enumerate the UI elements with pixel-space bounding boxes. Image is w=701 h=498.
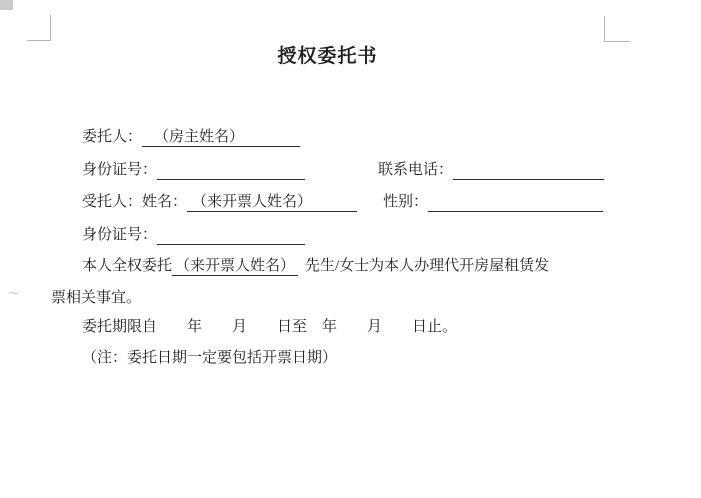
screen-corner-artifact <box>0 0 13 10</box>
trustee-id-label: 身份证号： <box>82 227 157 243</box>
margin-crop-mark-top-right-icon <box>604 16 630 42</box>
gender-field <box>428 193 603 212</box>
principal-name-field: （房主姓名） <box>142 128 300 147</box>
principal-line: 委托人：（房主姓名） <box>82 128 300 147</box>
entrust-statement-wrap-line: 票相关事宜。 <box>51 289 141 307</box>
phone-label: 联系电话： <box>378 162 453 178</box>
document-page: ~ 授权委托书 委托人：（房主姓名） 身份证号： 联系电话： 受托人：姓名：（来… <box>0 0 701 498</box>
note-line: （注：委托日期一定要包括开票日期） <box>82 349 337 367</box>
id-number-label: 身份证号： <box>82 162 157 178</box>
phone-field <box>453 161 604 180</box>
gender-label: 性别： <box>383 194 428 210</box>
stray-mark-artifact: ~ <box>8 286 20 300</box>
trustee-name-label: 受托人：姓名： <box>82 194 187 210</box>
trustee-line: 受托人：姓名：（来开票人姓名） 性别： <box>82 193 357 212</box>
margin-crop-mark-top-left-icon <box>27 15 51 41</box>
id-number-field <box>157 161 305 180</box>
entrust-period-line: 委托期限自 年 月 日至 年 月 日止。 <box>82 318 457 336</box>
id-phone-line: 身份证号： 联系电话： <box>82 161 305 180</box>
trustee-name-field: （来开票人姓名） <box>187 193 357 212</box>
principal-label: 委托人： <box>82 129 142 145</box>
trustee-id-line: 身份证号： <box>82 226 305 245</box>
trustee-id-field <box>157 226 305 245</box>
phone-column: 联系电话： <box>378 161 604 180</box>
entrust-name-field: （来开票人姓名） <box>172 257 298 276</box>
period-text: 委托期限自 年 月 日至 年 月 日止。 <box>82 319 457 335</box>
entrust-prefix: 本人全权委托 <box>82 258 172 274</box>
entrust-statement-line: 本人全权委托（来开票人姓名）先生/女士为本人办理代开房屋租赁发 <box>82 257 549 276</box>
entrust-wrap-text: 票相关事宜。 <box>51 290 141 306</box>
gender-column: 性别： <box>383 193 603 212</box>
note-text: （注：委托日期一定要包括开票日期） <box>82 350 337 366</box>
entrust-suffix: 先生/女士为本人办理代开房屋租赁发 <box>305 258 549 274</box>
document-title: 授权委托书 <box>51 41 604 68</box>
